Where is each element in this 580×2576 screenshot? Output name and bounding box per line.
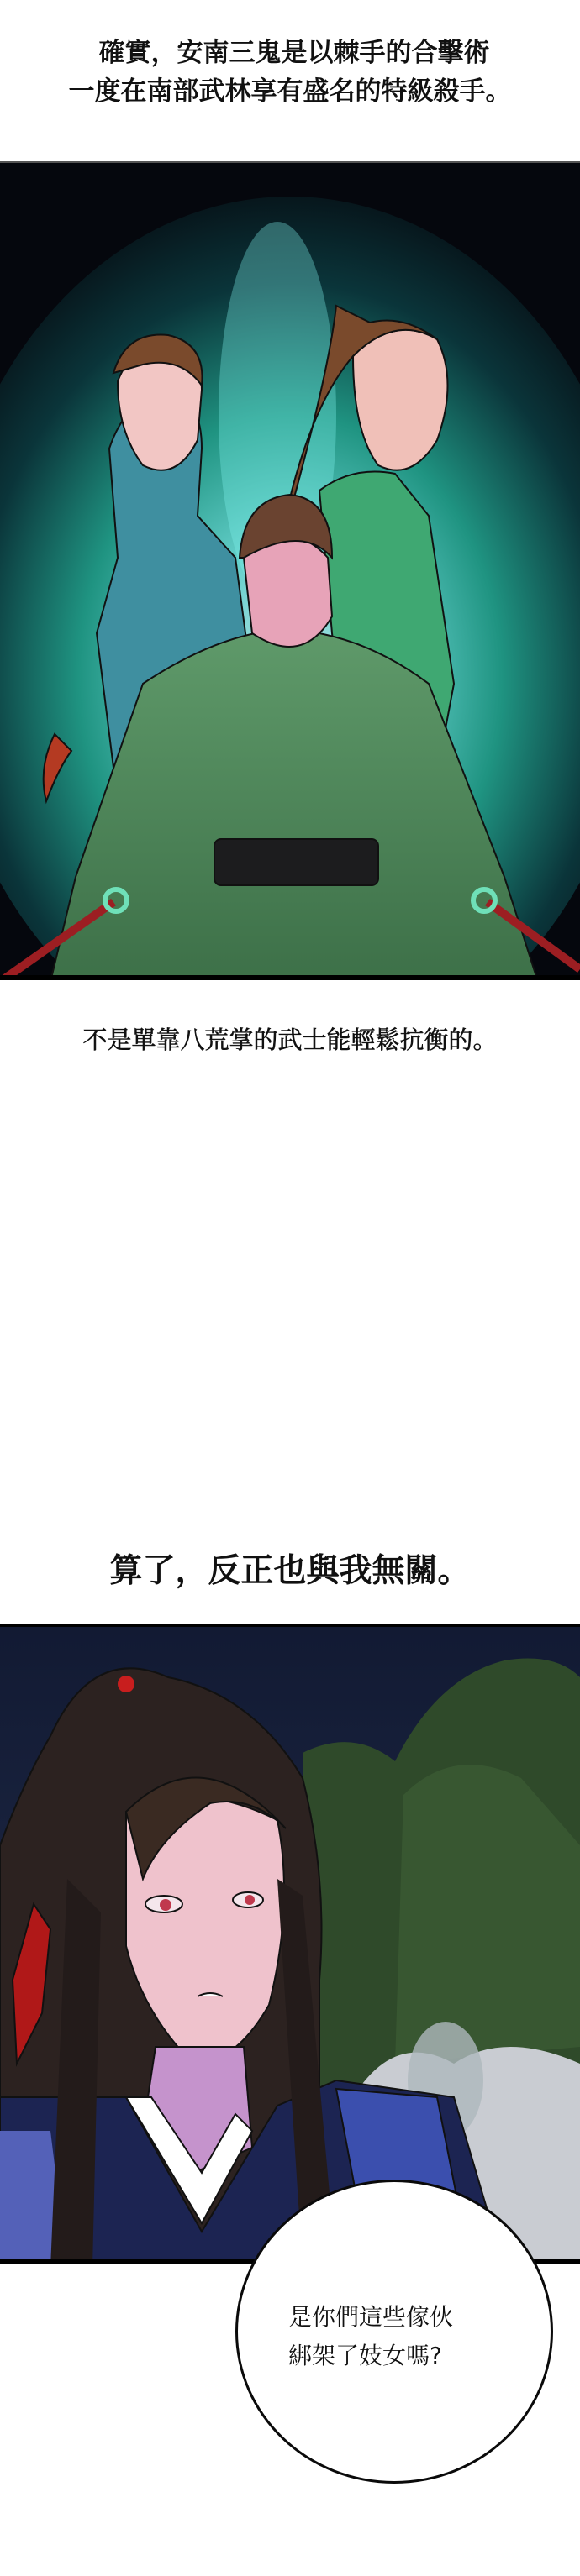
narration-caption-3: 算了，反正也與我無關。: [0, 1550, 580, 1592]
swordsman-illustration: [0, 1627, 580, 2264]
three-ghosts-illustration: [0, 163, 580, 980]
speech-line: 綁架了妓女嗎?: [288, 2337, 524, 2375]
caption-line: 一度在南部武林享有盛名的特級殺手。: [69, 76, 512, 107]
comic-panel-three-ghosts: [0, 161, 580, 980]
speech-line: 是你們這些傢伙: [288, 2298, 524, 2337]
narration-caption-1: 確實，安南三鬼是以棘手的合擊術 一度在南部武林享有盛名的特級殺手。: [0, 34, 580, 111]
comic-panel-swordsman-closeup: [0, 1624, 580, 2264]
narration-caption-2: 不是單靠八荒掌的武士能輕鬆抗衡的。: [0, 1023, 580, 1057]
speech-bubble-text: 是你們這些傢伙 綁架了妓女嗎?: [288, 2298, 524, 2375]
caption-line: 確實，安南三鬼是以棘手的合擊術: [0, 34, 580, 72]
